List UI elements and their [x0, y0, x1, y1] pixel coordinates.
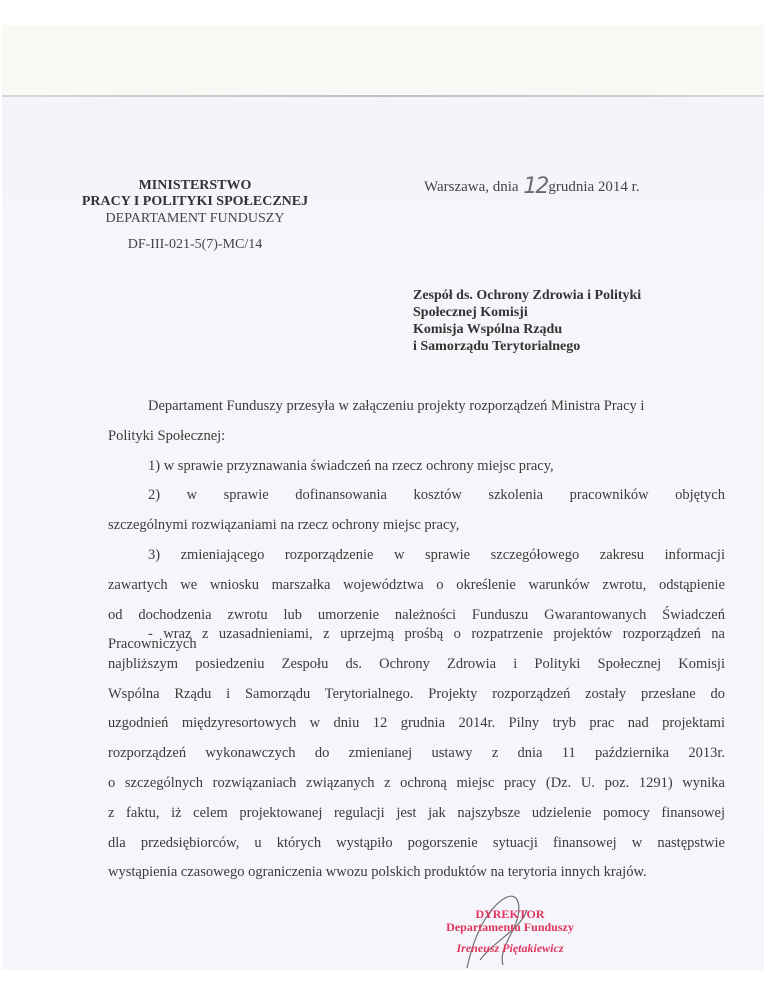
list-item-2-line: szczególnymi rozwiązaniami na rzecz ochr…: [108, 511, 725, 541]
date-prefix: Warszawa, dnia: [424, 179, 519, 195]
place-date: Warszawa, dnia 12grudnia 2014 r.: [424, 174, 640, 199]
paragraph-line: z faktu, iż celem projektowanej regulacj…: [108, 799, 725, 829]
reference-number: DF-III-021-5(7)-MC/14: [50, 237, 340, 253]
paragraph-line: uzgodnień międzyresortowych w dniu 12 gr…: [108, 709, 725, 739]
list-item-3-line: zawartych we wniosku marszałka województ…: [108, 571, 725, 601]
ministry-name-line2: PRACY I POLITYKI SPOŁECZNEJ: [50, 194, 340, 210]
list-item-3-line: 3) zmieniającego rozporządzenie w sprawi…: [108, 541, 725, 571]
paragraph-line: Wspólna Rządu i Samorządu Terytorialnego…: [108, 680, 725, 710]
director-stamp: DYREKTOR Departamentu Funduszy Ireneusz …: [435, 908, 585, 956]
addressee-line: Zespół ds. Ochrony Zdrowia i Polityki: [413, 287, 641, 304]
ministry-name-line1: MINISTERSTWO: [50, 178, 340, 194]
addressee-line: i Samorządu Terytorialnego: [413, 338, 641, 355]
paragraph-line: najbliższym posiedzeniu Zespołu ds. Ochr…: [108, 650, 725, 680]
stamp-signatory-name: Ireneusz Piętakiewicz: [435, 941, 585, 956]
paragraph-line: rozporządzeń wykonawczych do zmienianej …: [108, 739, 725, 769]
list-item-2-line: 2) w sprawie dofinansowania kosztów szko…: [108, 481, 725, 511]
addressee-line: Komisja Wspólna Rządu: [413, 321, 641, 338]
intro-line: Polityki Społecznej:: [108, 422, 725, 452]
paragraph-line: o szczególnych rozwiązaniach związanych …: [108, 769, 725, 799]
department-name: DEPARTAMENT FUNDUSZY: [50, 210, 340, 227]
handwritten-day: 12: [523, 174, 547, 199]
paragraph-line: - wraz z uzasadnieniami, z uprzejmą proś…: [108, 620, 725, 650]
addressee-block: Zespół ds. Ochrony Zdrowia i Polityki Sp…: [413, 287, 641, 355]
paragraph-line: wystąpienia czasowego ograniczenia wwozu…: [108, 858, 725, 888]
paragraph-line: dla przedsiębiorców, u których wystąpiło…: [108, 829, 725, 859]
list-item-1: 1) w sprawie przyznawania świadczeń na r…: [108, 452, 725, 482]
letter-body-part2: - wraz z uzasadnieniami, z uprzejmą proś…: [108, 620, 725, 888]
letterhead: MINISTERSTWO PRACY I POLITYKI SPOŁECZNEJ…: [50, 178, 340, 227]
stamp-department: Departamentu Funduszy: [435, 921, 585, 934]
scan-top-margin: [2, 25, 764, 95]
intro-line: Departament Funduszy przesyła w załączen…: [108, 392, 725, 422]
date-suffix: grudnia 2014 r.: [548, 179, 639, 195]
addressee-line: Społecznej Komisji: [413, 304, 641, 321]
